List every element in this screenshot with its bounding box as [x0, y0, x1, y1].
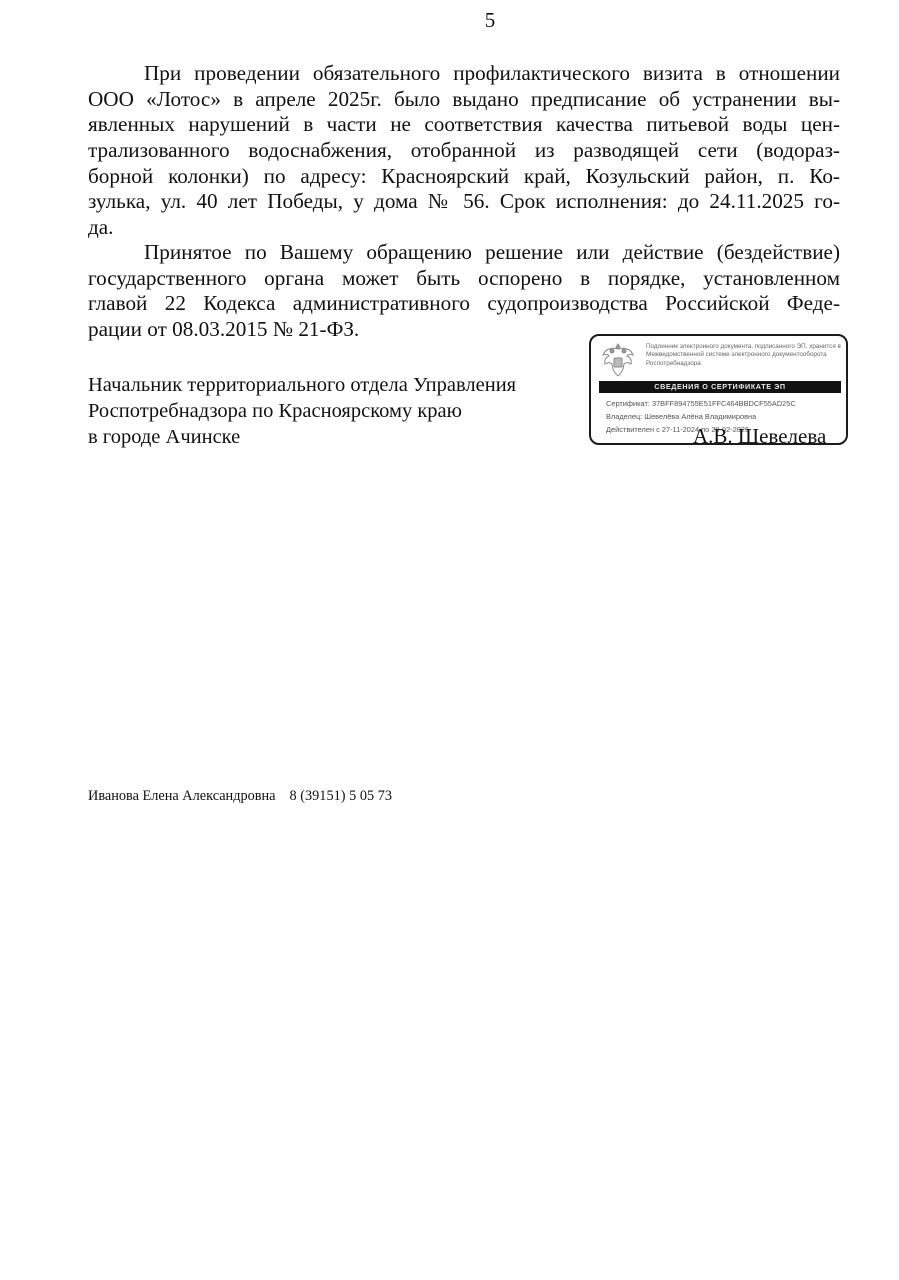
text-line: зулька, ул. 40 лет Победы, у дома № 56. … — [88, 189, 840, 215]
contact-name: Иванова Елена Александровна — [88, 788, 276, 804]
page-number: 5 — [0, 8, 899, 33]
contact-info: Иванова Елена Александровна8 (39151) 5 0… — [88, 787, 392, 805]
signer-position-line: Роспотребнадзора по Красноярскому краю — [88, 398, 516, 424]
text-line: Принятое по Вашему обращению решение или… — [88, 240, 840, 266]
coat-of-arms-icon — [600, 341, 636, 379]
signer-position-line: Начальник территориального отдела Управл… — [88, 372, 516, 398]
text-line: явленных нарушений в части не соответств… — [88, 112, 840, 138]
paragraph-appeal: Принятое по Вашему обращению решение или… — [88, 240, 840, 343]
text-line: да. — [88, 215, 840, 241]
text-line: борной колонки) по адресу: Красноярский … — [88, 164, 840, 190]
signer-position: Начальник территориального отдела Управл… — [88, 372, 516, 450]
text-line: государственного органа может быть оспор… — [88, 266, 840, 292]
text-line: трализованного водоснабжения, отобранной… — [88, 138, 840, 164]
paragraph-prescription: При проведении обязательного профилактич… — [88, 61, 840, 241]
signer-name: А.В. Шевелева — [693, 424, 826, 448]
text-line: При проведении обязательного профилактич… — [88, 61, 840, 87]
signer-position-line: в городе Ачинске — [88, 424, 516, 450]
stamp-owner: Владелец: Шевелёва Алёна Владимировна — [606, 412, 756, 422]
text-line: главой 22 Кодекса административного судо… — [88, 291, 840, 317]
text-line: ООО «Лотос» в апреле 2025г. было выдано … — [88, 87, 840, 113]
contact-phone: 8 (39151) 5 05 73 — [290, 788, 392, 804]
stamp-notice: Подлинник электронного документа, подпис… — [646, 343, 846, 368]
stamp-banner: СВЕДЕНИЯ О СЕРТИФИКАТЕ ЭП — [599, 381, 841, 393]
stamp-certificate: Сертификат: 37BFF894755E51FFC464BBDCF55A… — [606, 399, 796, 409]
